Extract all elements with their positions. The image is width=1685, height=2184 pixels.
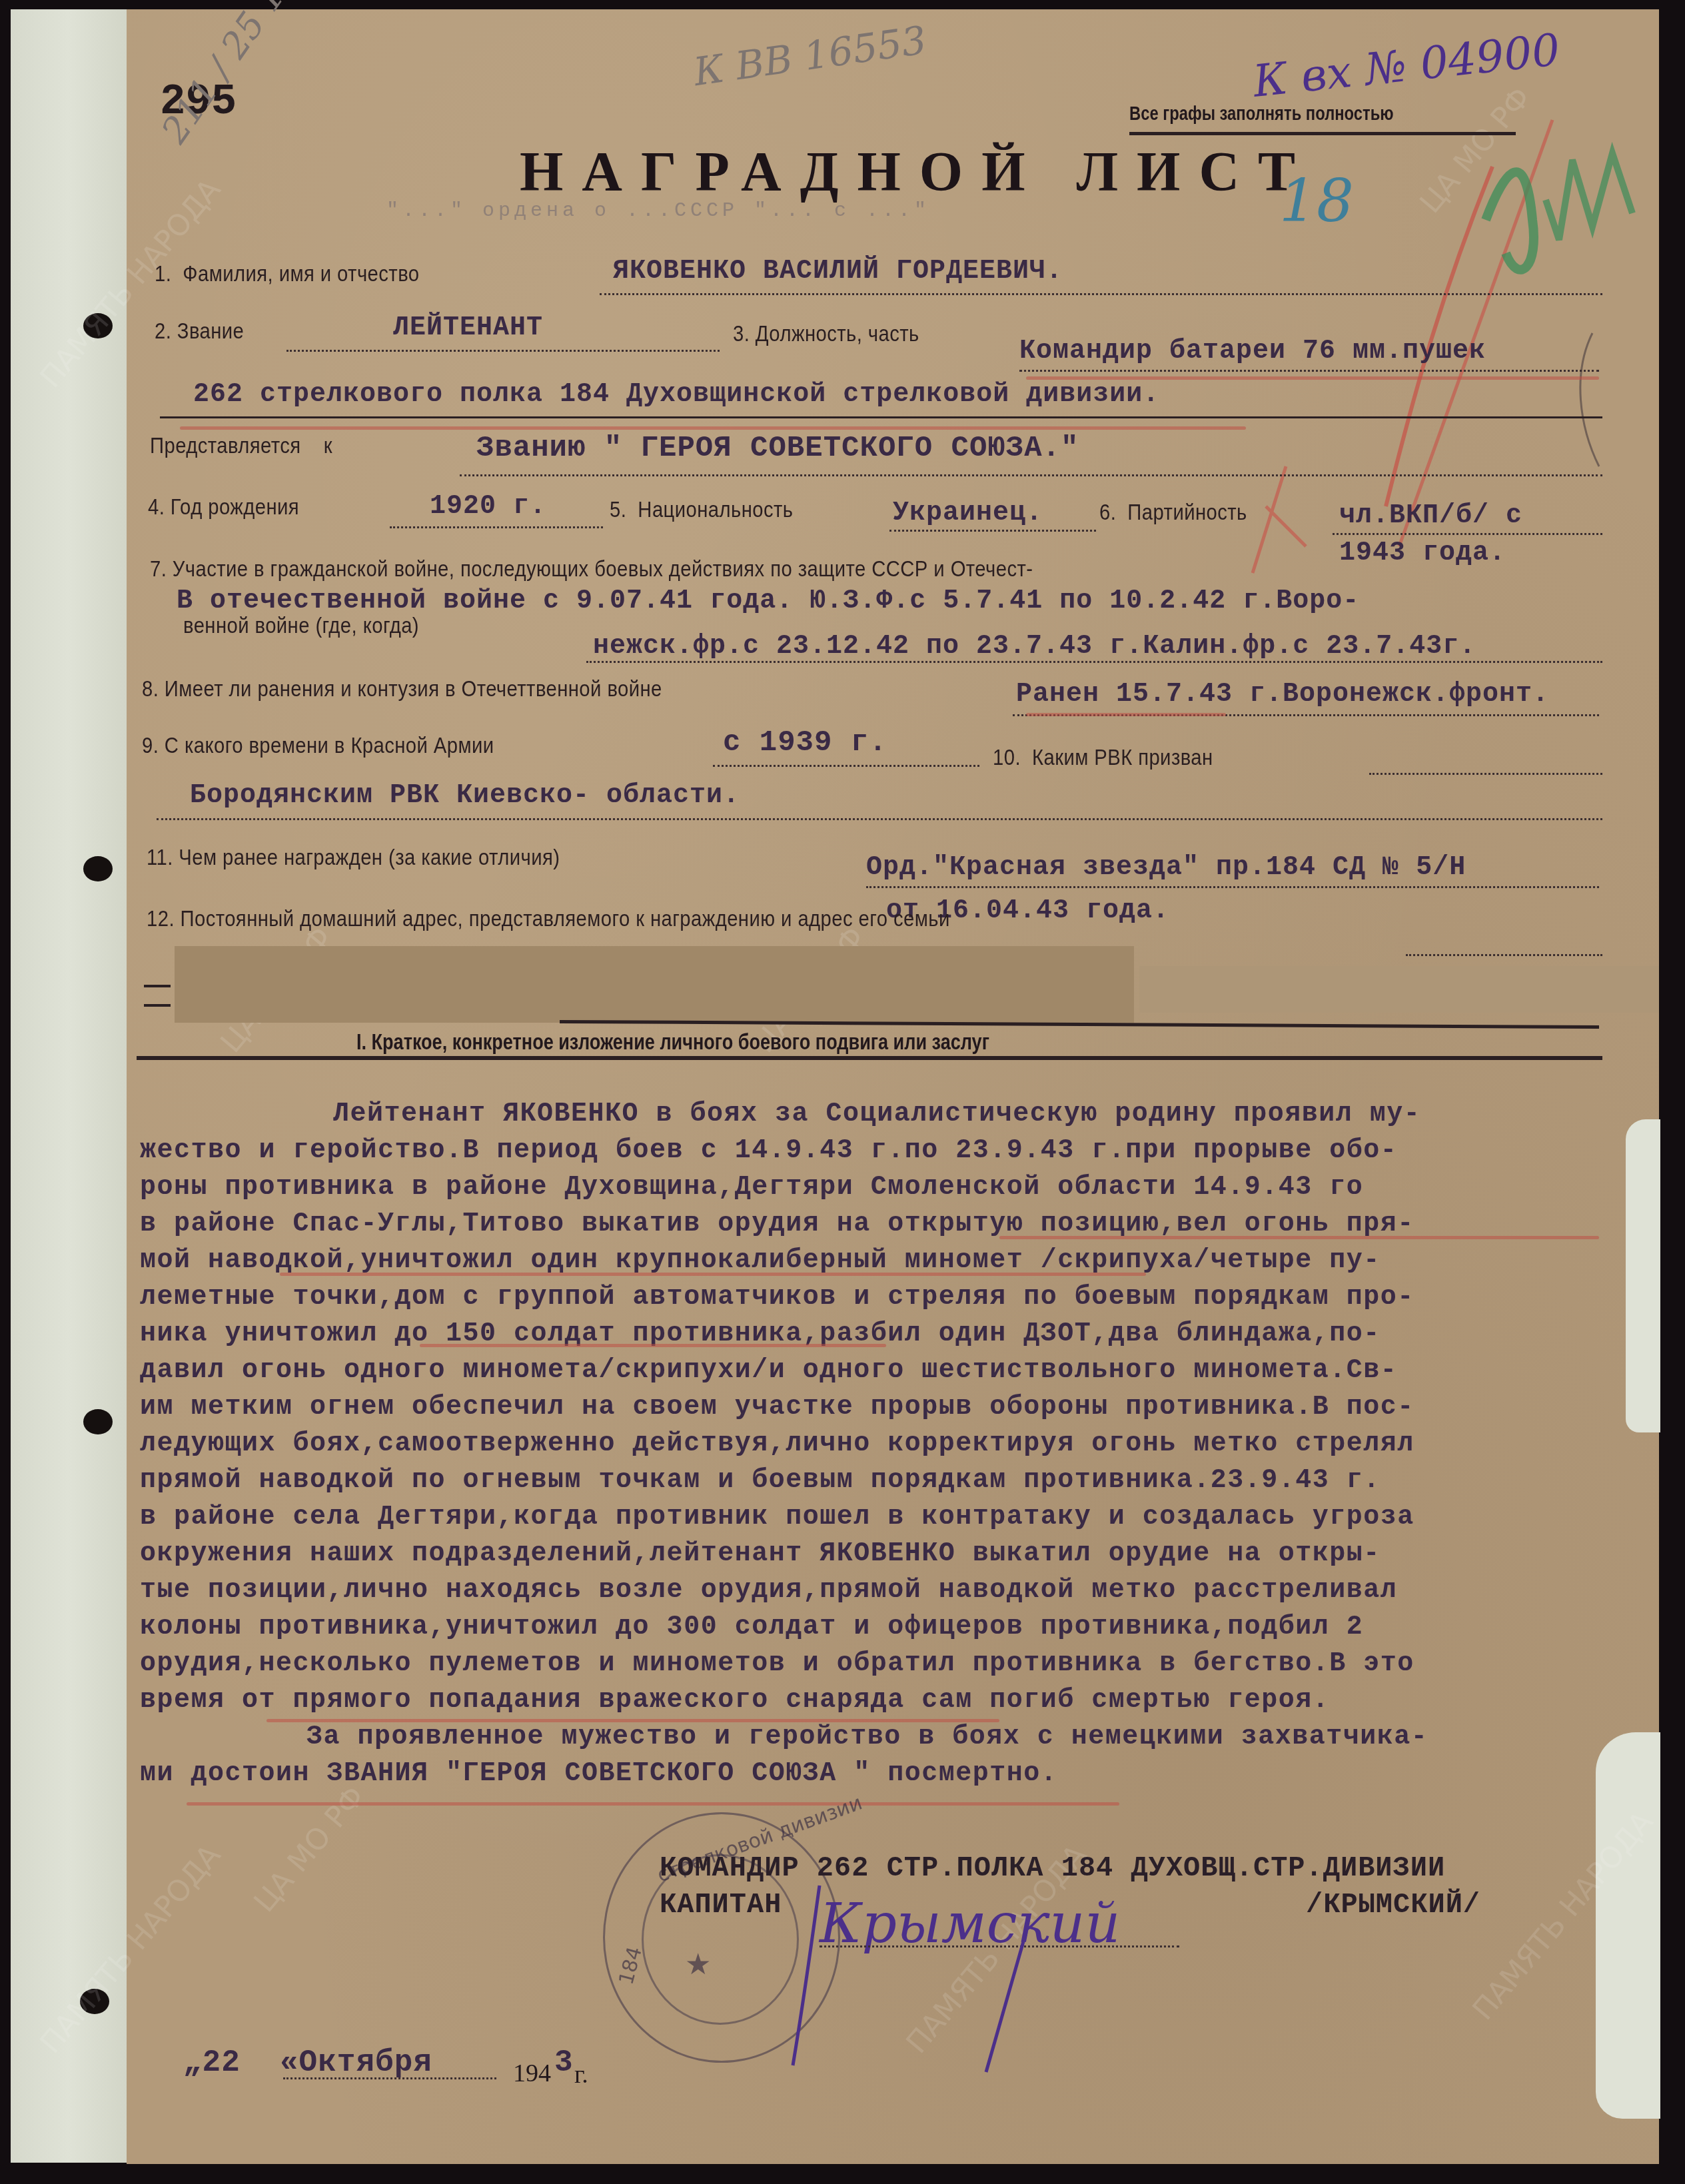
body-line: колоны противника,уничтожил до 300 солда… [140, 1612, 1363, 1642]
field-9-label: 9. С какого времени в Красной Армии [142, 733, 494, 759]
signatory-name: /КРЫМСКИЙ/ [1306, 1889, 1480, 1921]
field-10-value-draft-office: Бородянским РВК Киевско- области. [190, 781, 740, 811]
body-line: роны противника в районе Духовщина,Дегтя… [140, 1173, 1363, 1203]
section-bottom-rule [137, 1056, 1602, 1060]
field-7-value-line-2: нежск.фр.с 23.12.42 по 23.7.43 г.Калин.ф… [593, 632, 1476, 662]
body-line: в районе Спас-Углы,Титово выкатив орудия… [140, 1209, 1414, 1239]
field-2-value-rank: ЛЕЙТЕНАНТ [393, 313, 543, 343]
field-8-value-wounds: Ранен 15.7.43 г.Воронежск.фронт. [1016, 680, 1549, 710]
redacted-address [1139, 966, 1659, 1013]
field-3-line [1019, 370, 1599, 372]
field-7-label-line-2: венной войне (где, когда) [183, 613, 419, 639]
field-6-value-party-year: 1943 года. [1339, 538, 1506, 568]
body-line: леметные точки,дом с группой автоматчико… [140, 1283, 1414, 1313]
field-3-value-unit: 262 стрелкового полка 184 Духовщинской с… [193, 380, 1159, 410]
signature-stroke [766, 1879, 1166, 2079]
body-line: окружения наших подразделений,лейтенант … [140, 1539, 1381, 1569]
red-underline [187, 1802, 1119, 1806]
field-4-line [390, 526, 603, 528]
field-3-label: 3. Должность, часть [733, 321, 919, 347]
red-underline [267, 1719, 999, 1722]
field-11-value-prior-awards: Орд."Красная звезда" пр.184 СД № 5/Н [866, 853, 1466, 883]
field-12-label: 12. Постоянный домашний адрес, представл… [147, 906, 950, 932]
nominated-for-label: Представляется к [150, 433, 332, 459]
red-underline [999, 1236, 1599, 1239]
body-line: тые позиции,лично находясь возле орудия,… [140, 1576, 1397, 1606]
address-dash [144, 1004, 171, 1007]
field-10-line [1369, 773, 1602, 775]
field-7-line [586, 661, 1602, 663]
field-3-value-position: Командир батареи 76 мм.пушек [1019, 336, 1486, 366]
red-underline [420, 1344, 886, 1347]
date-month: «Октября [280, 2045, 432, 2080]
date-year-unit: г. [574, 2060, 588, 2089]
field-1-value-full-name: ЯКОВЕНКО ВАСИЛИЙ ГОРДЕЕВИЧ. [613, 257, 1063, 286]
date-day: „22 [183, 2045, 241, 2080]
stamp-text-left: 184 [614, 1944, 647, 1987]
field-10-label: 10. Каким РВК призван [993, 745, 1213, 771]
nominated-for-value: Званию " ГЕРОЯ СОВЕТСКОГО СОЮЗА." [476, 432, 1079, 465]
field-5-line [889, 530, 1096, 532]
field-5-label: 5. Национальность [610, 497, 793, 523]
red-underline [1026, 713, 1226, 716]
field-1-label: 1. Фамилия, имя и отчество [155, 261, 420, 287]
section-heading: I. Краткое, конкретное изложение личного… [356, 1029, 989, 1055]
star-icon: ★ [685, 1947, 711, 1981]
body-line: ми достоин ЗВАНИЯ "ГЕРОЯ СОВЕТСКОГО СОЮЗ… [140, 1759, 1057, 1789]
field-7-label-line-1: 7. Участие в гражданской войне, последую… [150, 556, 1033, 582]
nominated-line [460, 474, 1602, 476]
body-line: ледующих боях,самоотверженно действуя,ли… [140, 1429, 1414, 1459]
redacted-address [175, 946, 1134, 1023]
field-4-value-birth-year: 1920 г. [430, 492, 546, 522]
body-line: За проявленное мужество и геройство в бо… [306, 1722, 1428, 1752]
body-line: прямой наводкой по огневым точкам и боев… [140, 1466, 1381, 1496]
field-3-line-2 [160, 416, 1602, 418]
body-line: давил огонь одного миномета/скрипухи/и о… [140, 1356, 1397, 1386]
field-2-line [286, 350, 720, 352]
red-underline [180, 426, 1246, 430]
body-line: мой наводкой,уничтожил один крупнокалибе… [140, 1246, 1381, 1276]
red-underline [280, 1273, 1146, 1276]
address-dash [144, 985, 171, 987]
body-line: жество и геройство.В период боев с 14.9.… [140, 1136, 1397, 1166]
field-11-label: 11. Чем ранее награжден (за какие отличи… [147, 845, 560, 871]
field-5-value-nationality: Украинец. [893, 498, 1043, 528]
field-7-value-line-1: В отечественной войне с 9.07.41 года. Ю.… [177, 586, 1359, 616]
signatory-rank: КАПИТАН [660, 1889, 782, 1921]
field-9-line [713, 765, 979, 767]
date-year-prefix: 194 [513, 2059, 551, 2088]
field-6-value-party: чл.ВКП/б/ с [1339, 501, 1522, 531]
field-4-label: 4. Год рождения [148, 494, 299, 520]
field-12-line [1406, 954, 1602, 956]
field-9-value-service-since: с 1939 г. [723, 726, 887, 760]
body-line: Лейтенант ЯКОВЕНКО в боях за Социалистич… [333, 1099, 1420, 1129]
field-10-line-2 [157, 818, 1602, 820]
field-2-label: 2. Звание [155, 318, 244, 344]
date-year-suffix: 3 [554, 2045, 574, 2080]
body-line: время от прямого попадания вражеского сн… [140, 1686, 1329, 1716]
field-11-line [866, 886, 1599, 888]
field-8-label: 8. Имеет ли ранения и контузия в Отечетт… [142, 676, 662, 702]
body-line: в районе села Дегтяри,когда противник по… [140, 1502, 1414, 1532]
body-line: им метким огнем обеспечил на своем участ… [140, 1392, 1414, 1422]
field-1-line [600, 293, 1602, 295]
date-month-line [283, 2077, 496, 2079]
field-6-line [1333, 533, 1602, 535]
body-line: орудия,несколько пулеметов и минометов и… [140, 1649, 1414, 1679]
field-6-label: 6. Партийность [1099, 500, 1247, 526]
